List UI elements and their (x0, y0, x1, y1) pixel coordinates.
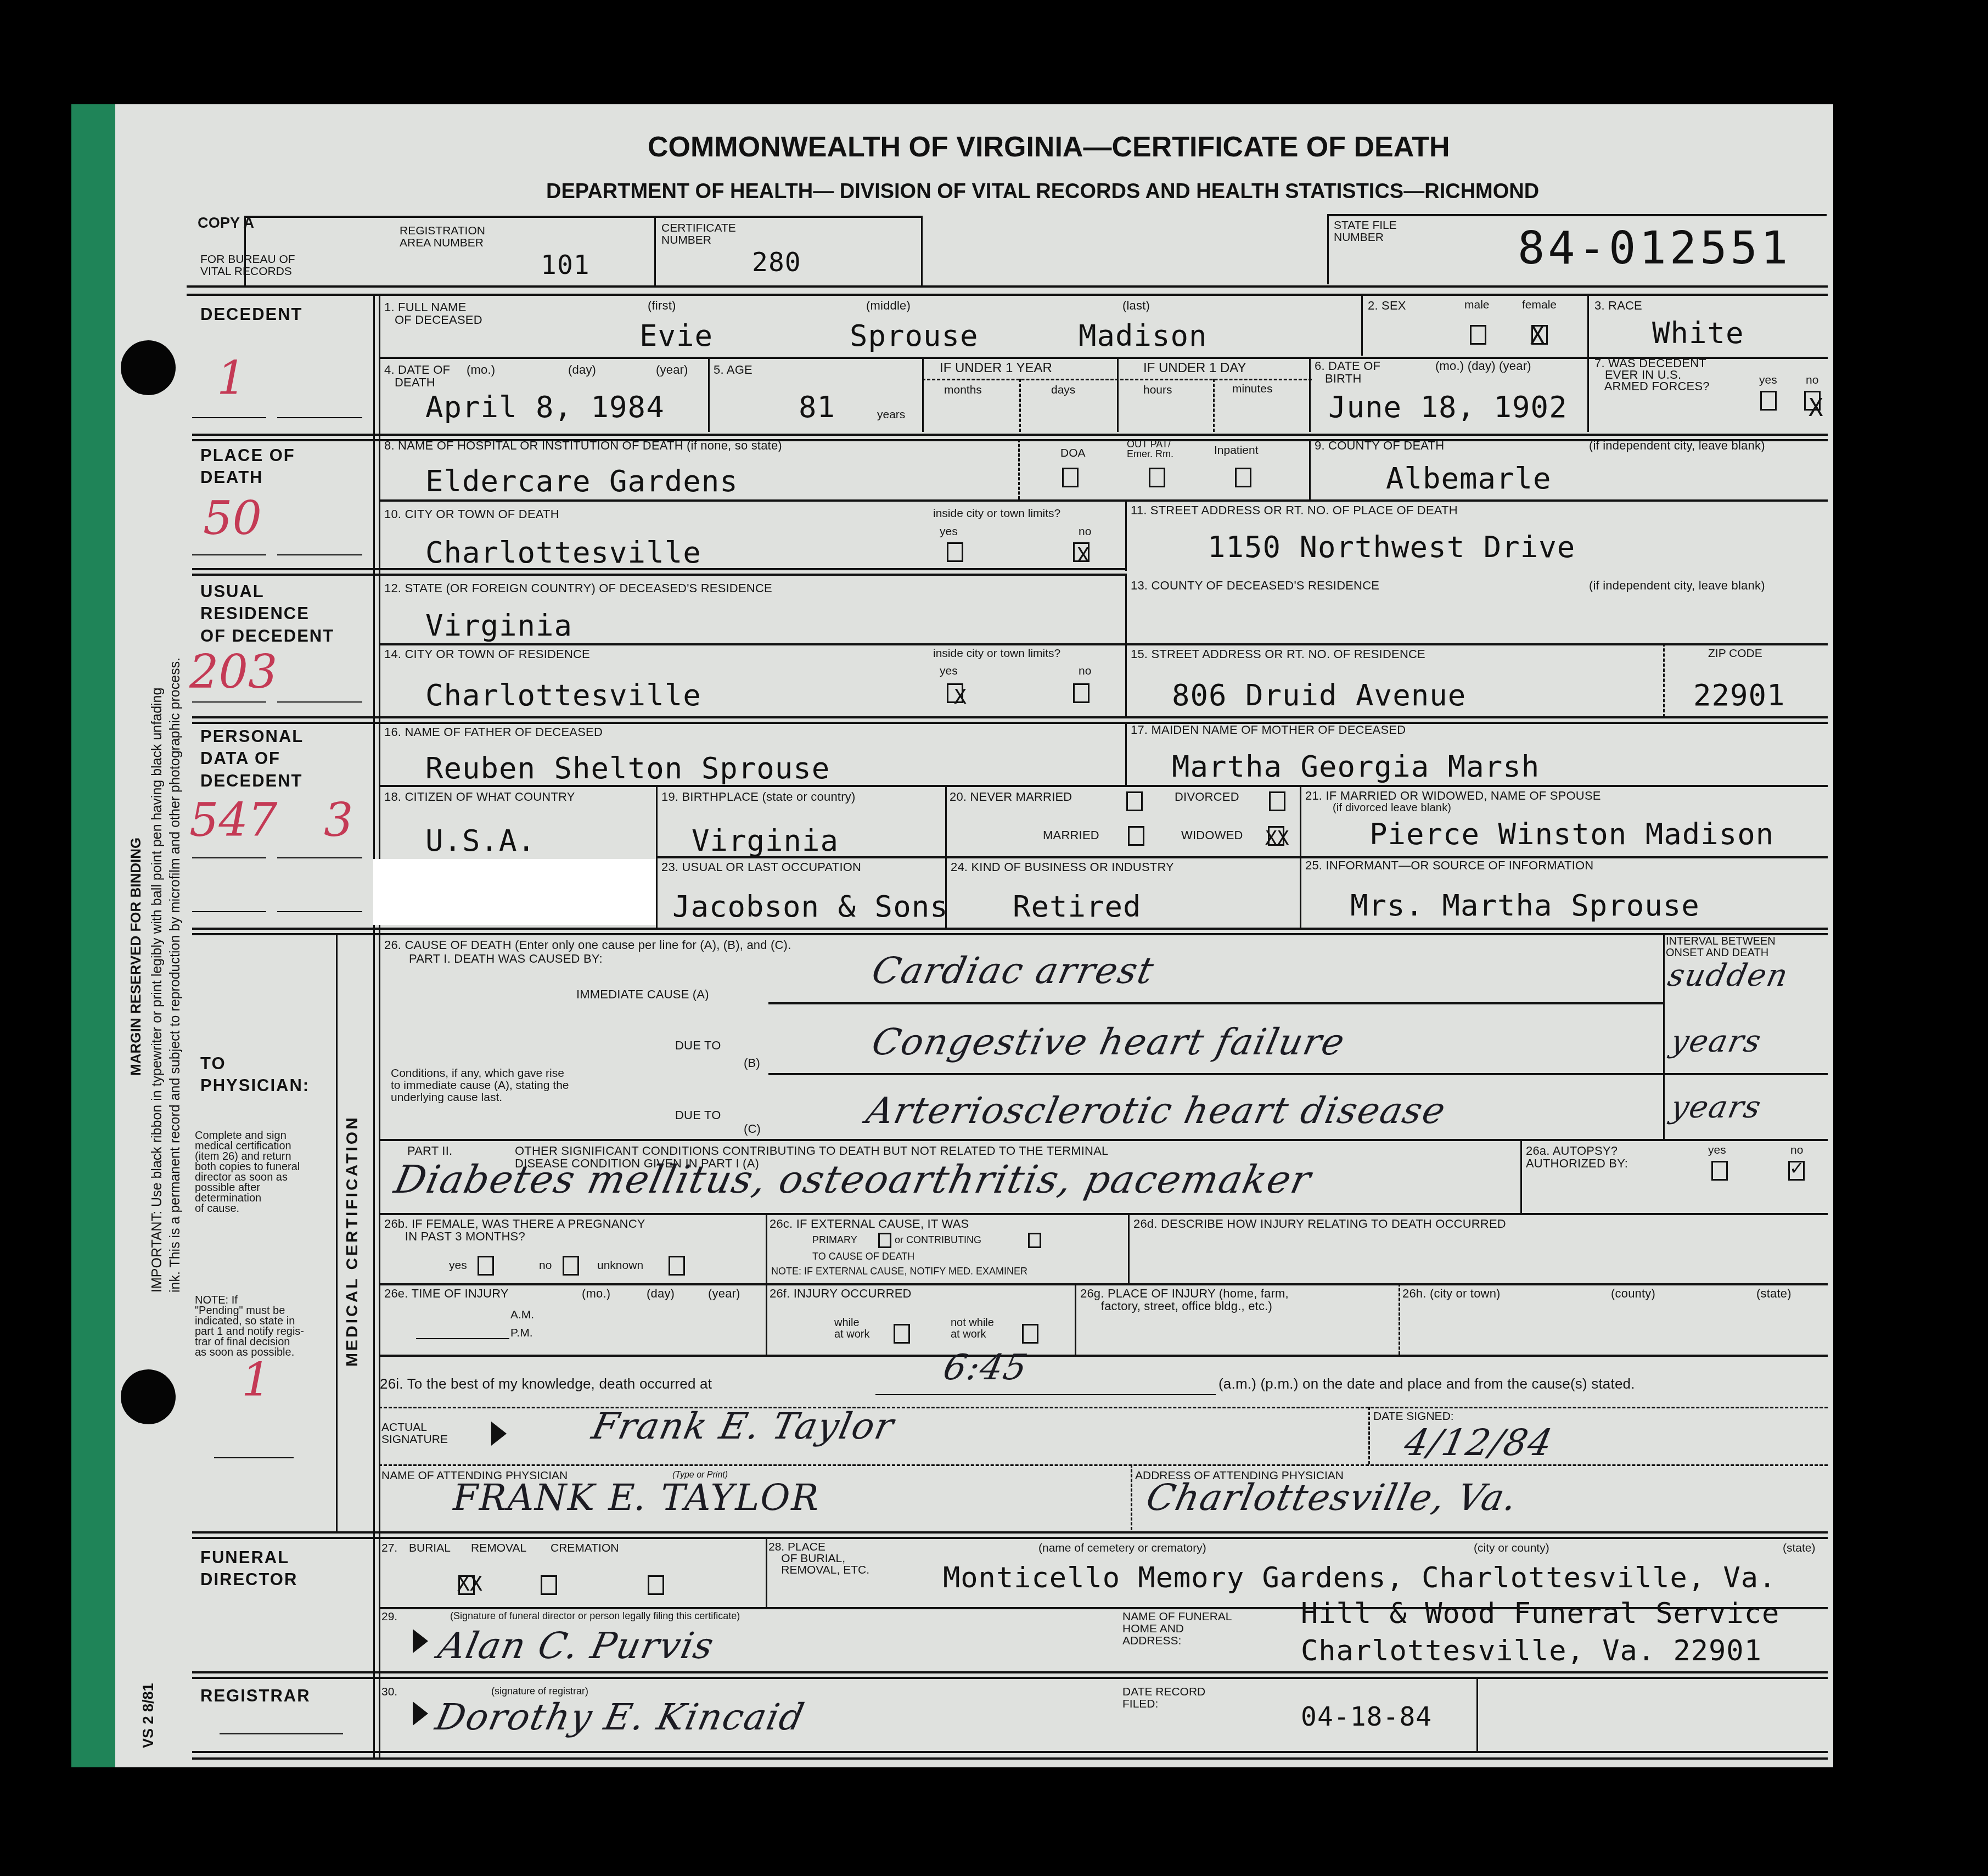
zip-label: ZIP CODE (1708, 648, 1762, 660)
outpatient-checbox[interactable] (1149, 468, 1165, 487)
actual-signature-label: ACTUAL SIGNATURE (381, 1422, 448, 1446)
widowed-label: WIDOWED (1181, 829, 1243, 841)
due-to-c-label: DUE TO (675, 1109, 721, 1121)
minutes-label: minutes (1232, 383, 1273, 395)
county-of-death-value: Albemarle (1386, 461, 1552, 496)
residence-no-label: no (1079, 665, 1091, 677)
time-day-hint: (day) (647, 1287, 675, 1300)
primary-label: PRIMARY (812, 1235, 857, 1245)
city-death-no-mark: X (1077, 544, 1090, 565)
interval-a-value: sudden (1665, 958, 1792, 993)
city-of-death-label: 10. CITY OR TOWN OF DEATH (384, 508, 559, 520)
time-of-injury-label: 26e. TIME OF INJURY (384, 1287, 509, 1300)
pregnancy-unknown-label: unknown (597, 1260, 643, 1272)
city-county-hint: (city or county) (1474, 1542, 1549, 1554)
residence-yes-label: yes (940, 665, 958, 677)
contributing-label: or CONTRIBUTING (895, 1235, 981, 1245)
pregnancy-label: 26b. IF FEMALE, WAS THERE A PREGNANCY IN… (384, 1217, 645, 1243)
binding-margin-label: MARGIN RESERVED FOR BINDING (127, 838, 144, 1076)
interval-label: INTERVAL BETWEEN ONSET AND DEATH (1666, 936, 1776, 959)
city-of-death-value: Charlottesville (425, 535, 701, 570)
residence-limits-no-checkbox[interactable] (1073, 683, 1090, 703)
autopsy-no-label: no (1790, 1144, 1803, 1156)
informant-value: Mrs. Martha Sprouse (1350, 888, 1700, 923)
spouse-value: Pierce Winston Madison (1369, 817, 1774, 851)
widowed-mark: XX (1265, 829, 1289, 849)
residence-city-label: 14. CITY OR TOWN OF RESIDENCE (384, 648, 590, 660)
time-mo-hint: (mo.) (582, 1287, 610, 1300)
death-time-suffix: (a.m.) (p.m.) on the date and place and … (1218, 1377, 1635, 1391)
county-independent-note: (if independent city, leave blank) (1589, 439, 1765, 452)
under-one-day-label: IF UNDER 1 DAY (1143, 361, 1246, 375)
residence-limits-label: inside city or town limits? (933, 648, 1060, 660)
date-signed-value: 4/12/84 (1401, 1422, 1557, 1464)
dod-year-hint: (year) (656, 363, 688, 376)
am-label: A.M. (510, 1309, 534, 1321)
dob-parts-hint: (mo.) (day) (year) (1435, 360, 1531, 372)
decedent-code: 1 (217, 351, 246, 405)
occupation-value: Jacobson & Sons (672, 889, 948, 924)
sex-male-checkbox[interactable] (1470, 325, 1486, 345)
date-signed-label: DATE SIGNED: (1373, 1411, 1454, 1423)
state-file-number: 84-012551 (1518, 222, 1791, 274)
primary-checkbox[interactable] (878, 1233, 891, 1248)
date-of-death-value: April 8, 1984 (425, 390, 665, 424)
registration-area-number: 101 (541, 250, 590, 280)
registrar-number: 30. (381, 1686, 397, 1698)
hospital-value: Eldercare Gardens (425, 464, 738, 498)
removal-label: REMOVAL (471, 1542, 526, 1554)
funeral-signature-arrow-icon (413, 1629, 428, 1653)
doa-label: DOA (1060, 447, 1086, 459)
date-of-death-label: 4. DATE OF DEATH (384, 363, 450, 389)
birthplace-value: Virginia (692, 823, 839, 858)
date-of-birth-value: June 18, 1902 (1328, 390, 1568, 424)
signature-arrow-icon (491, 1422, 507, 1446)
city-death-limits-label: inside city or town limits? (933, 508, 1060, 520)
not-while-at-work-label: not while at work (951, 1317, 994, 1340)
contributing-checkbox[interactable] (1028, 1233, 1041, 1248)
certificate-title: COMMONWEALTH OF VIRGINIA—CERTIFICATE OF … (648, 131, 1450, 164)
personal-data-code-a: 547 (189, 793, 277, 847)
father-name-label: 16. NAME OF FATHER OF DECEASED (384, 726, 603, 738)
days-label: days (1051, 384, 1075, 396)
place-of-injury-label: 26g. PLACE OF INJURY (home, farm, factor… (1080, 1287, 1289, 1312)
death-time-label: 26i. To the best of my knowledge, death … (380, 1377, 712, 1391)
burial-place-value: Monticello Memory Gardens, Charlottesvil… (943, 1562, 1776, 1594)
funeral-signature-number: 29. (381, 1611, 397, 1623)
death-street-label: 11. STREET ADDRESS OR RT. NO. OF PLACE O… (1131, 504, 1458, 516)
residence-county-label: 13. COUNTY OF DECEASED'S RESIDENCE (1131, 579, 1379, 592)
residence-street-label: 15. STREET ADDRESS OR RT. NO. OF RESIDEN… (1131, 648, 1425, 660)
conditions-note: Conditions, if any, which gave rise to i… (391, 1068, 569, 1104)
residence-state-value: Virginia (425, 608, 572, 643)
b-label: (B) (744, 1057, 760, 1069)
state-hint: (state) (1783, 1542, 1816, 1554)
outpatient-label: OUT PAT/ Emer. Rm. (1127, 439, 1173, 459)
section-personal-data: PERSONAL DATA OF DECEDENT (200, 726, 304, 792)
date-filed-label: DATE RECORD FILED: (1122, 1686, 1205, 1710)
spouse-label: 21. IF MARRIED OR WIDOWED, NAME OF SPOUS… (1305, 789, 1601, 802)
hospital-label: 8. NAME OF HOSPITAL OR INSTITUTION OF DE… (384, 439, 782, 452)
state-file-label: STATE FILE NUMBER (1334, 220, 1397, 244)
never-married-label: 20. NEVER MARRIED (950, 790, 1072, 803)
mother-name-value: Martha Georgia Marsh (1172, 749, 1540, 784)
first-name-hint: (first) (648, 299, 676, 312)
section-place-of-death: PLACE OF DEATH (200, 445, 295, 489)
sex-male-label: male (1464, 299, 1490, 311)
race-label: 3. RACE (1594, 299, 1642, 312)
external-note: NOTE: IF EXTERNAL CAUSE, NOTIFY MED. EXA… (771, 1266, 1027, 1277)
citizen-label: 18. CITIZEN OF WHAT COUNTRY (384, 790, 575, 803)
pregnancy-yes-checkbox[interactable] (478, 1256, 494, 1276)
city-death-no-label: no (1079, 526, 1091, 538)
physician-signature[interactable]: Frank E. Taylor (588, 1405, 898, 1447)
redacted-field (373, 859, 656, 925)
funeral-director-signature[interactable]: Alan C. Purvis (435, 1625, 718, 1667)
pregnancy-unknown-checkbox[interactable] (669, 1256, 685, 1276)
divorced-checkbox[interactable] (1269, 791, 1285, 811)
dod-day-hint: (day) (568, 363, 596, 376)
mother-name-label: 17. MAIDEN NAME OF MOTHER OF DECEASED (1131, 723, 1406, 736)
armed-yes-label: yes (1759, 374, 1777, 386)
race-value: White (1652, 316, 1744, 350)
funeral-home-address: Charlottesville, Va. 22901 (1301, 1635, 1762, 1667)
date-filed-value: 04-18-84 (1301, 1701, 1432, 1732)
residence-city-value: Charlottesville (425, 678, 701, 712)
physician-name-value: FRANK E. TAYLOR (448, 1476, 824, 1519)
cemetery-hint: (name of cemetery or crematory) (1038, 1542, 1206, 1554)
physician-instructions: Complete and sign medical certification … (195, 1131, 300, 1214)
autopsy-yes-checkbox[interactable] (1711, 1161, 1728, 1181)
removal-checkbox[interactable] (541, 1575, 557, 1595)
cause-b-value: Congestive heart failure (868, 1021, 1349, 1063)
injury-county-label: (county) (1611, 1287, 1655, 1300)
funeral-home-label: NAME OF FUNERAL HOME AND ADDRESS: (1122, 1611, 1232, 1647)
doa-checkbox[interactable] (1062, 468, 1079, 487)
date-of-birth-label: 6. DATE OF BIRTH (1315, 360, 1380, 385)
father-name-value: Reuben Shelton Sprouse (425, 751, 830, 785)
important-instruction-1: IMPORTANT: Use black ribbon in typewrite… (149, 688, 165, 1293)
autopsy-label: 26a. AUTOPSY? AUTHORIZED BY: (1526, 1144, 1628, 1170)
section-to-physician: TO PHYSICIAN: (200, 1053, 310, 1097)
full-name-label: 1. FULL NAME OF DECEASED (384, 301, 482, 326)
certificate-subtitle: DEPARTMENT OF HEALTH— DIVISION OF VITAL … (546, 180, 1539, 204)
armed-forces-label: 7. WAS DECEDENT EVER IN U.S. ARMED FORCE… (1594, 358, 1710, 392)
registrar-signature-label: (signature of registrar) (491, 1686, 588, 1697)
section-decedent: DECEDENT (200, 304, 303, 325)
pending-note: NOTE: If "Pending" must be indicated, so… (195, 1295, 304, 1358)
pregnancy-yes-label: yes (449, 1260, 467, 1272)
autopsy-yes-label: yes (1708, 1144, 1726, 1156)
first-name-value: Evie (639, 318, 713, 353)
place-of-death-code: 50 (203, 491, 262, 545)
c-label: (C) (744, 1122, 761, 1135)
registration-area-label: REGISTRATION AREA NUMBER (400, 225, 485, 249)
age-value: 81 (799, 390, 835, 424)
part2-value: Diabetes mellitus, osteoarthritis, pacem… (390, 1157, 1316, 1202)
last-name-value: Madison (1079, 318, 1208, 353)
punch-hole-bottom (121, 1369, 176, 1424)
external-cause-label: 26c. IF EXTERNAL CAUSE, IT WAS (770, 1217, 969, 1230)
inpatient-label: Inpatient (1214, 445, 1259, 457)
due-to-b-label: DUE TO (675, 1039, 721, 1052)
inpatient-checkbox[interactable] (1235, 468, 1251, 487)
usual-residence-code: 203 (189, 645, 277, 699)
occupation-label: 23. USUAL OR LAST OCCUPATION (661, 861, 861, 873)
residence-street-value: 806 Druid Avenue (1172, 678, 1466, 712)
burial-mark: XX (457, 1573, 482, 1594)
section-usual-residence: USUAL RESIDENCE OF DECEDENT (200, 581, 334, 647)
middle-name-hint: (middle) (866, 299, 911, 312)
spouse-note: (if divorced leave blank) (1333, 802, 1451, 814)
married-label: MARRIED (1043, 829, 1099, 841)
section-registrar: REGISTRAR (200, 1685, 311, 1707)
months-label: months (944, 384, 982, 396)
birthplace-label: 19. BIRTHPLACE (state or country) (661, 790, 855, 803)
cremation-checkbox[interactable] (648, 1575, 664, 1595)
personal-data-code-b: 3 (324, 793, 353, 847)
important-instruction-2: ink. This is a permanent record and subj… (167, 658, 183, 1293)
while-at-work-label: while at work (834, 1317, 869, 1340)
certificate-number: 280 (752, 247, 801, 278)
citizen-value: U.S.A. (425, 823, 536, 858)
time-year-hint: (year) (708, 1287, 740, 1300)
immediate-cause-label: IMMEDIATE CAUSE (A) (576, 988, 709, 1001)
middle-name-value: Sprouse (850, 318, 979, 353)
injury-state-label: (state) (1756, 1287, 1792, 1300)
residence-limits-yes-mark: X (954, 686, 967, 707)
copy-for-label: FOR BUREAU OF VITAL RECORDS (200, 254, 295, 278)
cause-of-death-label: 26. CAUSE OF DEATH (Enter only one cause… (384, 939, 791, 951)
divorced-label: DIVORCED (1175, 790, 1239, 803)
interval-c-value: years (1667, 1089, 1765, 1125)
cause-c-value: Arteriosclerotic heart disease (863, 1089, 1450, 1132)
pregnancy-no-checkbox[interactable] (563, 1256, 579, 1276)
part2-label: PART II. (407, 1144, 452, 1157)
city-death-yes-label: yes (940, 526, 958, 538)
death-street-value: 1150 Northwest Drive (1208, 530, 1575, 564)
armed-yes-checkbox[interactable] (1760, 391, 1777, 411)
physician-address-value: Charlottesville, Va. (1143, 1476, 1522, 1519)
residence-state-label: 12. STATE (OR FOREIGN COUNTRY) OF DECEAS… (384, 582, 772, 594)
part1-label: PART I. DEATH WAS CAUSED BY: (409, 952, 603, 965)
burial-place-label: 28. PLACE OF BURIAL, REMOVAL, ETC. (768, 1541, 869, 1576)
married-checkbox[interactable] (1128, 826, 1144, 846)
armed-no-mark: X (1809, 396, 1823, 420)
cremation-label: CREMATION (551, 1542, 619, 1554)
physician-code: 1 (242, 1353, 271, 1407)
pm-label: P.M. (510, 1327, 532, 1339)
death-time-value: 6:45 (940, 1347, 1031, 1388)
burial-label: BURIAL (409, 1542, 451, 1554)
form-code: VS 2 8/81 (140, 1683, 157, 1748)
autopsy-no-mark: ✓ (1790, 1157, 1803, 1178)
cause-a-value: Cardiac arrest (868, 950, 1158, 992)
punch-hole-top (121, 340, 176, 395)
binding-strip (71, 104, 115, 1767)
interval-b-value: years (1667, 1024, 1765, 1059)
residence-county-note: (if independent city, leave blank) (1589, 579, 1765, 592)
age-label: 5. AGE (714, 363, 752, 376)
city-death-yes-checkbox[interactable] (947, 542, 963, 562)
sex-label: 2. SEX (1368, 299, 1406, 312)
section-funeral-director: FUNERAL DIRECTOR (200, 1547, 297, 1591)
funeral-signature-label: (Signature of funeral director or person… (450, 1611, 740, 1621)
sex-female-mark: X (1530, 324, 1545, 348)
injury-occurred-label: 26f. INJURY OCCURRED (770, 1287, 912, 1300)
business-value: Retired (1013, 889, 1142, 924)
to-cause-label: TO CAUSE OF DEATH (812, 1251, 914, 1262)
business-label: 24. KIND OF BUSINESS OR INDUSTRY (951, 861, 1174, 873)
armed-no-label: no (1806, 374, 1818, 386)
hours-label: hours (1143, 384, 1172, 396)
registrar-signature-arrow-icon (413, 1701, 428, 1726)
not-while-at-work-checkbox[interactable] (1022, 1324, 1038, 1344)
zip-value: 22901 (1693, 678, 1785, 712)
registrar-signature[interactable]: Dorothy E. Kincaid (432, 1696, 808, 1738)
county-of-death-label: 9. COUNTY OF DEATH (1315, 439, 1444, 452)
while-at-work-checkbox[interactable] (894, 1324, 910, 1344)
injury-city-label: 26h. (city or town) (1402, 1287, 1501, 1300)
last-name-hint: (last) (1122, 299, 1150, 312)
pregnancy-no-label: no (539, 1260, 552, 1272)
under-one-year-label: IF UNDER 1 YEAR (940, 361, 1052, 375)
sex-female-label: female (1522, 299, 1557, 311)
injury-description-label: 26d. DESCRIBE HOW INJURY RELATING TO DEA… (1133, 1217, 1506, 1230)
age-unit: years (877, 409, 905, 421)
medical-certification-label: MEDICAL CERTIFICATION (343, 1115, 362, 1367)
informant-label: 25. INFORMANT—OR SOURCE OF INFORMATION (1305, 859, 1593, 872)
funeral-home-name: Hill & Wood Funeral Service (1301, 1597, 1779, 1630)
dod-month-hint: (mo.) (467, 363, 495, 376)
disposition-number: 27. (381, 1542, 397, 1554)
never-married-checkbox[interactable] (1126, 791, 1143, 811)
certificate-number-label: CERTIFICATE NUMBER (661, 222, 736, 246)
